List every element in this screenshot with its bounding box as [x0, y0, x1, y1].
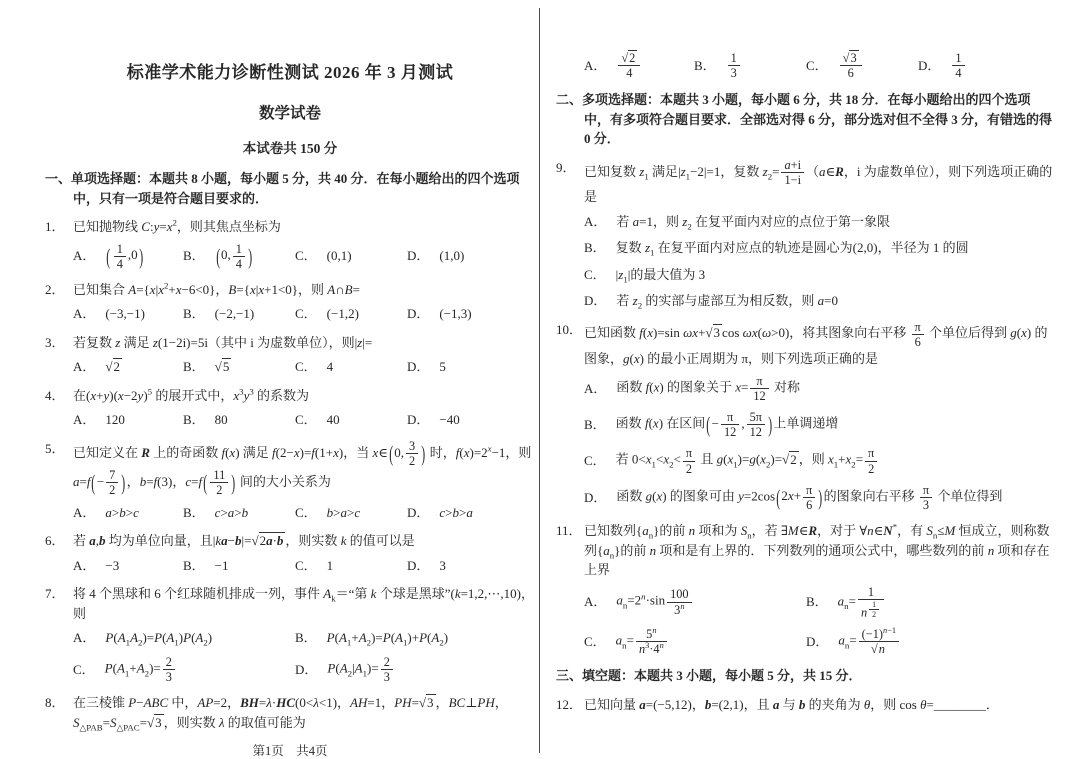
math-var: c: [439, 505, 445, 520]
question-stem: 将 4 个黑球和 6 个红球随机排成一列，事件 Ak＝“第 k 个球是黑球”(k…: [73, 586, 534, 621]
math-var: n: [652, 626, 656, 635]
option-label: D．: [407, 357, 429, 377]
option-item: B．函数 f(x) 在区间(−π12,5π12)上单调递增: [584, 410, 1054, 439]
math-var: P: [105, 660, 113, 675]
math-var: λ: [313, 695, 319, 710]
math-vector: a: [89, 533, 96, 548]
option-text: (0,1): [327, 246, 352, 266]
option-text: an=(−1)n−1√n: [838, 627, 901, 656]
math-var: λ: [219, 715, 225, 730]
option-item: D．P(A2|A1)=23: [295, 655, 535, 684]
option-text: an=5nn3·4n: [616, 627, 669, 656]
option-text: (14,0): [105, 242, 144, 271]
subscript: 2: [851, 460, 855, 470]
question-number: 10．: [556, 320, 582, 340]
subscript: k: [331, 594, 335, 604]
math-var: AH: [350, 695, 367, 710]
math-var: B: [345, 282, 353, 297]
option-label: B．: [806, 592, 828, 612]
option-label: A．: [73, 304, 95, 324]
option-label: C．: [584, 451, 606, 471]
math-var: x: [647, 325, 653, 340]
subscript: n: [623, 601, 627, 611]
math-var: A: [340, 660, 348, 675]
superscript: n: [641, 592, 645, 602]
option-text: 5: [439, 357, 446, 377]
option-item: C．(0,1): [295, 242, 407, 271]
option-text: (0,14): [215, 242, 254, 271]
option-label: C．: [295, 410, 317, 430]
subscript: 1: [733, 460, 737, 470]
option-text: P(A2|A1)=23: [327, 655, 395, 684]
fraction: π12: [721, 410, 739, 439]
option-label: C．: [295, 246, 317, 266]
radical: √5: [215, 358, 232, 374]
subscript: 2: [367, 638, 371, 648]
option-text: √5: [215, 357, 232, 377]
math-var: x: [657, 488, 663, 503]
option-label: C．: [584, 632, 606, 652]
option-label: B．: [694, 56, 716, 76]
math-var: x: [150, 282, 156, 297]
option-text: c>a>b: [215, 503, 248, 523]
question-stem: 若复数 z 满足 z(1−2i)=5i（其中 i 为虚数单位），则|z|=: [73, 335, 372, 350]
math-var: c: [354, 505, 360, 520]
exam-subtitle: 数学试卷: [45, 102, 535, 125]
option-label: B．: [183, 410, 205, 430]
fraction: π6: [912, 320, 924, 349]
option-label: A．: [73, 246, 95, 266]
math-var: z: [115, 335, 120, 350]
option-item: A．120: [73, 410, 183, 430]
math-var: x: [333, 445, 339, 460]
option-item: D．3: [407, 556, 535, 576]
fraction: 72: [106, 468, 118, 497]
subscript: 1: [347, 638, 351, 648]
subscript: 2: [439, 638, 443, 648]
fraction: π2: [683, 446, 695, 475]
math-var: x: [653, 416, 659, 431]
fraction: √36: [840, 51, 862, 80]
exam-title: 标准学术能力诊断性测试 2026 年 3 月测试: [45, 60, 535, 86]
superscript: 2: [172, 218, 176, 228]
radical: √2: [105, 358, 122, 374]
radical: √2: [621, 50, 637, 65]
math-var: g: [749, 452, 756, 467]
math-var: θ: [920, 697, 926, 712]
math-var: A: [339, 630, 347, 645]
question-stem: 已知数列{an}的前 n 项和为 Sn，若 ∃M∈R，对于 ∀n∈N*，有 Sn…: [584, 523, 1050, 577]
superscript: 2: [164, 281, 168, 291]
question-item: 4．在(x+y)(x−2y)5 的展开式中，x3y3 的系数为: [45, 386, 535, 406]
math-var: a: [818, 293, 825, 308]
question-item: 1．已知抛物线 C:y=x2，则其焦点坐标为: [45, 217, 535, 237]
fraction: 14: [952, 51, 964, 80]
options-row: A．函数 f(x) 的图象关于 x=π12 对称B．函数 f(x) 在区间(−π…: [556, 374, 1054, 513]
option-label: A．: [73, 628, 95, 648]
fraction: 12: [869, 600, 879, 619]
option-label: A．: [584, 379, 606, 399]
math-var: P: [128, 695, 136, 710]
option-item: D．−40: [407, 410, 535, 430]
fraction: (−1)n−1√n: [859, 627, 899, 656]
math-var: y: [103, 388, 109, 403]
math-var: A: [137, 660, 145, 675]
radical: √2: [782, 451, 799, 467]
superscript: n−1: [883, 626, 896, 635]
option-text: a>b>c: [105, 503, 138, 523]
math-var: n: [641, 592, 645, 602]
math-var: f: [154, 474, 158, 489]
math-var: f: [646, 379, 650, 394]
options-row: A．若 a=1，则 z2 在复平面内对应的点位于第一象限B．复数 z1 在复平面…: [556, 212, 1054, 311]
math-var: y: [138, 388, 144, 403]
math-vector: BH: [240, 695, 259, 710]
math-var: A: [359, 630, 367, 645]
math-var: b: [119, 505, 126, 520]
option-item: C．P(A1+A2)=23: [73, 655, 295, 684]
option-text: c>b>a: [439, 503, 472, 523]
subscript: △PAB: [80, 722, 103, 732]
math-var: b: [327, 505, 334, 520]
math-vector: a: [639, 697, 646, 712]
math-var: ABC: [144, 695, 169, 710]
math-var: P: [383, 630, 391, 645]
option-label: D．: [407, 304, 429, 324]
math-var: n: [988, 543, 995, 558]
math-var: A: [327, 282, 335, 297]
math-var: n: [883, 626, 887, 635]
question-stem: 在三棱锥 P−ABC 中，AP=2，BH=λ·HC(0<λ<1)，AH=1，PH…: [73, 695, 508, 730]
superscript: n: [652, 626, 656, 635]
option-item: A．函数 f(x) 的图象关于 x=π12 对称: [584, 374, 1054, 403]
question-stem: 已知向量 a=(−5,12)，b=(2,1)，且 a 与 b 的夹角为 θ，则 …: [584, 697, 999, 712]
question-item: 9．已知复数 z1 满足|z1−2|=1，复数 z2=a+i1−i（a∈R，i …: [556, 158, 1054, 207]
option-text: 函数 g(x) 的图象可由 y=2cos(2x+π6)的图象向右平移 π3 个单…: [616, 483, 1002, 512]
option-item: C．4: [295, 357, 407, 377]
math-var: g: [646, 488, 653, 503]
math-var: A: [130, 630, 138, 645]
option-item: B．13: [694, 51, 806, 80]
option-label: B．: [183, 304, 205, 324]
option-item: A．(14,0): [73, 242, 183, 271]
question-number: 11．: [556, 521, 582, 541]
page-footer: 第1页 共4页: [45, 742, 535, 759]
fraction: 13: [728, 51, 740, 80]
option-item: C．b>a>c: [295, 503, 407, 523]
superscript: 12: [867, 604, 881, 613]
math-var: x: [1021, 325, 1027, 340]
math-var: ω: [762, 325, 771, 340]
option-item: B．−1: [183, 556, 295, 576]
option-item: B．(−2,−1): [183, 304, 295, 324]
superscript: 3: [249, 387, 253, 397]
math-var: x: [229, 445, 235, 460]
question-number: 7．: [45, 584, 65, 604]
section-heading: 一、单项选择题：本题共 8 小题，每小题 5 分，共 40 分．在每小题给出的四…: [45, 169, 535, 208]
question-item: 10．已知函数 f(x)=sin ωx+√3cos ωx(ω>0)，将其图象向右…: [556, 320, 1054, 369]
fraction: 5nn3·4n: [636, 627, 667, 656]
subscript: n: [622, 640, 626, 650]
option-text: an=1n12: [838, 585, 886, 620]
option-label: D．: [584, 488, 606, 508]
option-label: A．: [584, 212, 606, 232]
math-var: f: [272, 445, 276, 460]
option-label: D．: [407, 246, 429, 266]
radical: √2a·b: [251, 532, 285, 548]
option-item: B．an=1n12: [806, 585, 1054, 620]
math-var: x: [176, 282, 182, 297]
option-item: D．5: [407, 357, 535, 377]
math-var: x: [294, 445, 300, 460]
math-var: n: [867, 523, 874, 538]
option-text: −40: [439, 410, 459, 430]
math-var: f: [456, 445, 460, 460]
option-text: √2: [105, 357, 122, 377]
option-text: 若 a=1，则 z2 在复平面内对应的点位于第一象限: [616, 212, 890, 232]
superscript: n: [680, 602, 684, 611]
subscript: 2: [348, 668, 352, 678]
option-text: 1: [327, 556, 334, 576]
fraction: 1003n: [667, 587, 692, 616]
math-var: x: [464, 445, 470, 460]
math-var: f: [221, 445, 225, 460]
option-text: −1: [215, 556, 229, 576]
question-item: 6．若 a,b 均为单位向量，且|ka−b|=√2a·b，则实数 k 的值可以是: [45, 531, 535, 551]
math-var: c: [215, 505, 221, 520]
math-var: x: [634, 351, 640, 366]
math-var: ωx: [743, 325, 758, 340]
option-item: C．an=5nn3·4n: [584, 627, 806, 656]
option-label: A．: [584, 56, 606, 76]
option-item: D．(−1,3): [407, 304, 535, 324]
option-item: D．若 z2 的实部与虚部互为相反数，则 a=0: [584, 291, 1054, 311]
radical: √n: [871, 641, 887, 656]
big-paren-group: (14,0): [105, 247, 144, 262]
left-column: 标准学术能力诊断性测试 2026 年 3 月测试数学试卷本试卷共 150 分一、…: [45, 0, 535, 759]
option-label: D．: [584, 291, 606, 311]
math-var: c: [185, 474, 191, 489]
option-item: B．(0,14): [183, 242, 295, 271]
radical: √3: [705, 324, 722, 340]
options-row: A．−3B．−1C．1D．3: [45, 556, 535, 576]
math-var: a: [466, 505, 473, 520]
fraction: 14: [114, 242, 126, 271]
fraction: √24: [618, 51, 640, 80]
options-row: A．(14,0)B．(0,14)C．(0,1)D．(1,0): [45, 242, 535, 271]
option-label: D．: [918, 56, 940, 76]
option-item: A．(−3,−1): [73, 304, 183, 324]
question-stem: 在(x+y)(x−2y)5 的展开式中，x3y3 的系数为: [73, 388, 309, 403]
option-text: √24: [616, 51, 642, 80]
option-label: C．: [295, 357, 317, 377]
math-var: g: [717, 452, 724, 467]
option-text: P(A1+A2)=P(A1)+P(A2): [327, 628, 448, 648]
math-vector: R: [141, 445, 150, 460]
math-var: f: [645, 416, 649, 431]
math-var: M: [944, 523, 955, 538]
math-var: λ: [266, 695, 272, 710]
question-number: 12．: [556, 695, 582, 715]
fraction: π2: [865, 446, 877, 475]
option-item: B．80: [183, 410, 295, 430]
math-var: A: [117, 660, 125, 675]
option-text: b>a>c: [327, 503, 360, 523]
big-paren-group: (−72): [90, 474, 126, 489]
option-text: (−1,2): [327, 304, 359, 324]
option-item: C．1: [295, 556, 407, 576]
math-var: P: [327, 660, 335, 675]
question-number: 1．: [45, 217, 65, 237]
math-var: PH: [394, 695, 411, 710]
math-var: k: [371, 586, 377, 601]
option-text: (−3,−1): [105, 304, 145, 324]
option-label: A．: [73, 410, 95, 430]
math-var: b: [140, 474, 147, 489]
option-label: A．: [584, 592, 606, 612]
math-var: C: [141, 219, 150, 234]
fraction: 5π12: [747, 410, 765, 439]
option-label: C．: [73, 660, 95, 680]
option-item: D．(1,0): [407, 242, 535, 271]
option-text: (−2,−1): [215, 304, 255, 324]
math-var: f: [311, 445, 315, 460]
question-number: 5．: [45, 439, 65, 459]
subscript: 2: [203, 638, 207, 648]
option-text: (1,0): [439, 246, 464, 266]
math-var: x: [118, 388, 124, 403]
question-stem: 已知集合 A={x|x2+x−6<0}，B={x|x+1<0}，则 A∩B=: [73, 282, 360, 297]
option-text: (−1,3): [439, 304, 471, 324]
option-label: D．: [295, 660, 317, 680]
math-var: a: [819, 164, 826, 179]
math-vector: a: [221, 533, 228, 548]
option-label: A．: [73, 556, 95, 576]
fraction: 23: [163, 655, 175, 684]
question-stem: 已知定义在 R 上的奇函数 f(x) 满足 f(2−x)=f(1+x)，当 x∈…: [73, 445, 531, 489]
question-item: 12．已知向量 a=(−5,12)，b=(2,1)，且 a 与 b 的夹角为 θ…: [556, 695, 1054, 715]
math-var: PH: [477, 695, 494, 710]
subscript: 2: [768, 171, 772, 181]
math-vector: b: [235, 533, 242, 548]
math-var: P: [105, 630, 113, 645]
radical: √3: [419, 694, 436, 710]
math-var: b: [242, 505, 249, 520]
math-vector: R: [808, 523, 817, 538]
option-text: 函数 f(x) 在区间(−π12,5π12)上单调递增: [616, 410, 839, 439]
options-row: A．a>b>cB．c>a>bC．b>a>cD．c>b>a: [45, 503, 535, 523]
option-item: D．14: [918, 51, 1054, 80]
math-var: A: [395, 630, 403, 645]
subscript: n: [845, 640, 849, 650]
math-var: P: [327, 630, 335, 645]
fraction: 14: [233, 242, 245, 271]
section-heading: 三、填空题：本题共 3 小题，每小题 5 分，共 15 分．: [556, 666, 1054, 686]
big-paren-group: (−π12,5π12): [705, 416, 773, 431]
fraction: a+i1−i: [781, 158, 804, 187]
option-item: A．√2: [73, 357, 183, 377]
fraction: 23: [381, 655, 393, 684]
math-var: f: [639, 325, 643, 340]
question-number: 8．: [45, 693, 65, 713]
big-paren-group: (0,14): [215, 247, 254, 262]
option-label: C．: [295, 556, 317, 576]
math-var: a: [633, 214, 640, 229]
option-label: D．: [407, 410, 429, 430]
subscript: 1: [174, 638, 178, 648]
math-var: z: [153, 335, 158, 350]
math-var: b: [453, 505, 460, 520]
math-var: x: [735, 379, 741, 394]
question-number: 6．: [45, 531, 65, 551]
option-text: P(A1+A2)=23: [105, 655, 177, 684]
math-vector: R: [835, 164, 844, 179]
question-stem: 已知复数 z1 满足|z1−2|=1，复数 z2=a+i1−i（a∈R，i 为虚…: [584, 164, 1052, 205]
math-vector: b: [705, 697, 712, 712]
subscript: 1: [686, 171, 690, 181]
math-var: P: [419, 630, 427, 645]
question-item: 11．已知数列{an}的前 n 项和为 Sn，若 ∃M∈R，对于 ∀n∈N*，有…: [556, 521, 1054, 580]
math-var: A: [118, 630, 126, 645]
subscript: 1: [623, 274, 627, 284]
option-text: P(A1A2)=P(A1)P(A2): [105, 628, 212, 648]
option-label: C．: [295, 503, 317, 523]
fraction: π6: [803, 483, 815, 512]
option-item: C．(−1,2): [295, 304, 407, 324]
math-var: a: [228, 505, 235, 520]
option-item: B．复数 z1 在复平面内对应点的轨迹是圆心为(2,0)，半径为 1 的圆: [584, 238, 1054, 258]
superscript: x: [488, 443, 492, 453]
math-var: A: [355, 660, 363, 675]
math-var: a: [784, 158, 790, 172]
option-label: D．: [806, 632, 828, 652]
superscript: 5: [148, 387, 152, 397]
option-item: B．P(A1+A2)=P(A1)+P(A2): [295, 628, 535, 648]
option-text: 复数 z1 在复平面内对应点的轨迹是圆心为(2,0)，半径为 1 的圆: [616, 238, 969, 258]
options-row: A．an=2n·sin1003nB．an=1n12C．an=5nn3·4nD．a…: [556, 585, 1054, 656]
math-var: n: [879, 642, 885, 656]
option-label: A．: [73, 357, 95, 377]
math-var: x: [90, 388, 96, 403]
subscript: △PAC: [117, 722, 140, 732]
fraction: 32: [406, 439, 418, 468]
math-var: x: [372, 445, 378, 460]
option-label: C．: [295, 304, 317, 324]
options-row: A．√2B．√5C．4D．5: [45, 357, 535, 377]
option-item: A．a>b>c: [73, 503, 183, 523]
subscript: 2: [766, 460, 770, 470]
options-row: A．(−3,−1)B．(−2,−1)C．(−1,2)D．(−1,3): [45, 304, 535, 324]
big-paren-group: (0,32): [388, 445, 427, 460]
option-text: 函数 f(x) 的图象关于 x=π12 对称: [616, 374, 800, 403]
option-item: A．−3: [73, 556, 183, 576]
subscript: n: [649, 531, 653, 541]
radical: √3: [843, 50, 859, 65]
question-item: 8．在三棱锥 P−ABC 中，AP=2，BH=λ·HC(0<λ<1)，AH=1，…: [45, 693, 535, 732]
option-text: 120: [105, 410, 125, 430]
fraction: 1n12: [858, 585, 884, 620]
question-number: 9．: [556, 158, 576, 178]
math-var: n: [660, 641, 664, 650]
math-var: AP: [197, 695, 213, 710]
option-label: B．: [183, 503, 205, 523]
math-vector: HC: [276, 695, 295, 710]
option-text: 若 0<x1<x2<π2 且 g(x1)=g(x2)=√2，则 x1+x2=π2: [616, 446, 880, 475]
subscript: 2: [669, 460, 673, 470]
exam-page: 标准学术能力诊断性测试 2026 年 3 月测试数学试卷本试卷共 150 分一、…: [0, 0, 1080, 759]
question-item: 2．已知集合 A={x|x2+x−6<0}，B={x|x+1<0}，则 A∩B=: [45, 280, 535, 300]
math-var: n: [650, 543, 657, 558]
